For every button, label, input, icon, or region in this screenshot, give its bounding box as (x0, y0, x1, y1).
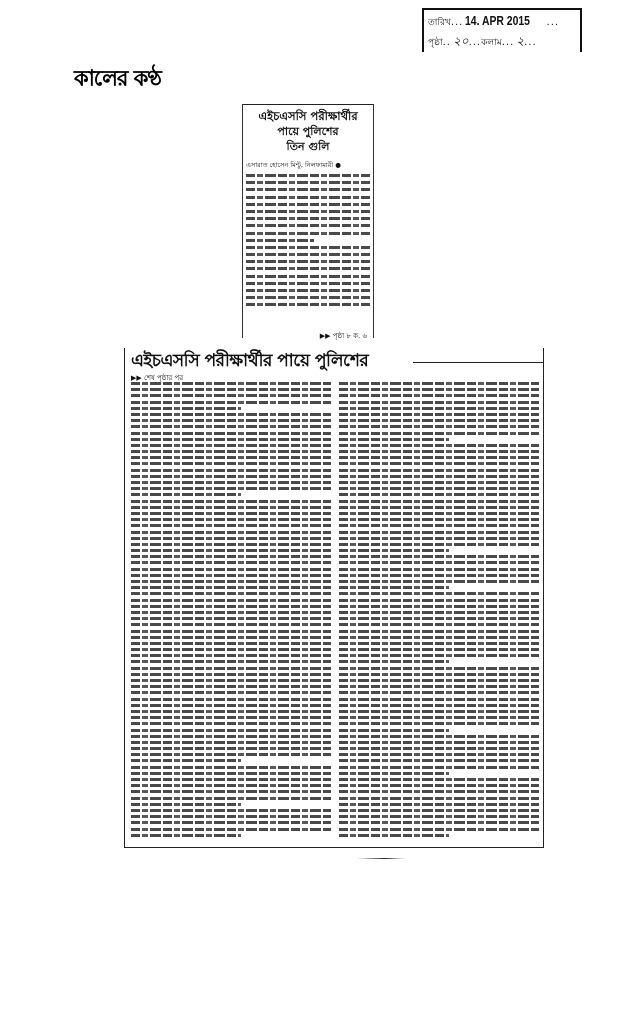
text-line (131, 691, 331, 694)
text-line (246, 275, 370, 278)
text-line (339, 444, 539, 447)
text-line (131, 543, 331, 546)
article-column-left (131, 382, 331, 840)
stamp-dots: ... (547, 17, 560, 28)
text-line (131, 456, 331, 459)
text-line (339, 438, 449, 441)
text-line (339, 667, 539, 670)
text-line (339, 834, 449, 837)
small-news-clipping: এইচএসসি পরীক্ষার্থীর পায়ে পুলিশের তিন গ… (242, 104, 374, 338)
stamp-dots: ... (469, 37, 482, 48)
text-line (131, 809, 331, 812)
text-line (131, 673, 331, 676)
stamp-page-value: ২০ (453, 33, 469, 53)
text-line (131, 667, 331, 670)
text-line (131, 636, 331, 639)
text-line (246, 282, 370, 285)
text-line (131, 797, 331, 800)
text-line (131, 611, 331, 614)
text-line (339, 611, 539, 614)
stamp-dots: ... (451, 17, 464, 28)
date-page-stamp: তারিখ ... 14. APR 2015 ... পৃষ্ঠা .. ২০ … (422, 8, 582, 52)
text-line (339, 741, 539, 744)
text-line (339, 518, 539, 521)
text-line (246, 246, 370, 249)
text-line (131, 401, 331, 404)
text-line (339, 673, 539, 676)
text-line (131, 413, 331, 416)
text-line (131, 784, 331, 787)
text-line (131, 438, 331, 441)
text-line (246, 210, 370, 213)
text-line (339, 487, 539, 490)
text-line (339, 475, 539, 478)
text-line (131, 537, 331, 540)
text-line (131, 493, 241, 496)
text-line (246, 181, 370, 184)
small-clipping-byline: এসারাত হোসেন মিন্টু, নিলফামারী ● (246, 160, 370, 171)
text-line (131, 561, 331, 564)
stamp-dots: .. (443, 37, 451, 48)
text-line (339, 809, 539, 812)
text-line (131, 531, 331, 534)
text-line (339, 778, 539, 781)
text-line (339, 654, 539, 657)
text-line (131, 549, 331, 552)
text-line (339, 561, 539, 564)
text-line (131, 834, 241, 837)
text-line (131, 444, 331, 447)
text-line (339, 382, 539, 385)
large-news-clipping: এইচএসসি পরীক্ষার্থীর পায়ে পুলিশের ▶▶ শে… (124, 348, 544, 848)
text-line (131, 648, 331, 651)
text-line (246, 224, 370, 227)
text-line (131, 394, 331, 397)
text-line (339, 660, 449, 663)
text-line (131, 475, 331, 478)
text-line (339, 797, 539, 800)
text-line (339, 413, 539, 416)
text-line (131, 716, 331, 719)
small-clipping-headline: এইচএসসি পরীক্ষার্থীর পায়ে পুলিশের তিন গ… (243, 104, 373, 154)
text-line (131, 605, 331, 608)
text-line (131, 729, 331, 732)
text-line (339, 679, 539, 682)
text-line (131, 574, 331, 577)
stamp-column-label: কলাম (481, 35, 502, 50)
text-line (131, 722, 331, 725)
text-line (131, 568, 331, 571)
text-line (131, 772, 331, 775)
text-line (131, 462, 331, 465)
text-line (131, 660, 331, 663)
text-line (339, 506, 539, 509)
text-line (339, 401, 539, 404)
text-line (131, 710, 331, 713)
text-line (131, 407, 241, 410)
text-line (131, 735, 331, 738)
text-line (131, 821, 331, 824)
text-line (131, 580, 331, 583)
text-line (131, 815, 331, 818)
text-line (131, 432, 331, 435)
headline-line: পায়ে পুলিশের (243, 124, 373, 139)
text-line (131, 586, 331, 589)
text-line (246, 232, 370, 235)
text-line (339, 722, 539, 725)
text-line (339, 469, 539, 472)
text-line (339, 784, 539, 787)
text-line (339, 580, 539, 583)
text-line (131, 599, 331, 602)
text-line (339, 419, 539, 422)
text-line (246, 260, 370, 263)
text-line (339, 623, 539, 626)
text-line (131, 481, 331, 484)
text-line (131, 617, 331, 620)
text-line (339, 592, 539, 595)
text-line (339, 512, 539, 515)
text-line (339, 537, 539, 540)
text-line (131, 759, 241, 762)
text-line (339, 828, 539, 831)
text-line (339, 685, 539, 688)
text-line (131, 704, 331, 707)
stamp-page-row: পৃষ্ঠা .. ২০ ... কলাম ... ২ ... (424, 30, 580, 53)
text-line (131, 500, 331, 503)
continued-on-page-note: ▶▶ পৃষ্ঠা ৮ ক. ৬ (320, 330, 367, 342)
text-line (131, 623, 331, 626)
text-line (339, 617, 539, 620)
text-line (131, 747, 331, 750)
text-line (246, 203, 370, 206)
text-line (246, 217, 370, 220)
text-line (339, 716, 539, 719)
text-line (246, 303, 370, 306)
text-line (339, 555, 539, 558)
text-line (246, 174, 370, 177)
text-line (339, 481, 539, 484)
text-line (246, 253, 370, 256)
text-line (131, 512, 331, 515)
headline-rule (413, 362, 543, 363)
text-line (339, 394, 539, 397)
text-line (339, 772, 449, 775)
headline-line: তিন গুলি (243, 139, 373, 154)
stamp-date-label: তারিখ (428, 15, 451, 30)
article-column-right (339, 382, 539, 840)
text-line (131, 518, 331, 521)
text-line (339, 821, 539, 824)
text-line (339, 586, 449, 589)
stamp-dots: ... (502, 37, 515, 48)
text-line (131, 469, 331, 472)
text-line (339, 636, 539, 639)
text-line (131, 685, 331, 688)
text-line (339, 407, 539, 410)
stamp-date-value: 14. APR 2015 (465, 13, 530, 28)
text-line (339, 450, 539, 453)
stamp-date-row: তারিখ ... 14. APR 2015 ... (424, 10, 580, 30)
text-line (339, 704, 539, 707)
text-line (246, 188, 370, 191)
text-line (339, 568, 539, 571)
newspaper-masthead: কালের কণ্ঠ (74, 61, 161, 98)
text-line (131, 741, 331, 744)
text-line (131, 425, 331, 428)
text-line (131, 778, 331, 781)
text-line (339, 630, 539, 633)
text-line (131, 555, 331, 558)
text-line (339, 524, 539, 527)
text-line (339, 691, 539, 694)
text-line (131, 524, 331, 527)
text-line (339, 766, 539, 769)
small-clipping-body: এসারাত হোসেন মিন্টু, নিলফামারী ● (243, 160, 373, 306)
text-line (131, 506, 331, 509)
text-line (339, 456, 539, 459)
text-line (131, 388, 331, 391)
text-line (339, 493, 539, 496)
text-line (339, 599, 539, 602)
torn-edge (124, 846, 544, 859)
text-line (339, 531, 539, 534)
stamp-column-value: ২ (516, 33, 524, 53)
text-line (131, 382, 331, 385)
text-line (339, 753, 539, 756)
text-line (339, 747, 539, 750)
headline-line: এইচএসসি পরীক্ষার্থীর (243, 109, 373, 124)
text-line (339, 388, 539, 391)
text-line (339, 648, 539, 651)
text-line (339, 425, 539, 428)
text-line (131, 630, 331, 633)
text-line (131, 419, 331, 422)
text-line (339, 642, 539, 645)
text-line (339, 462, 539, 465)
text-line (339, 698, 539, 701)
text-line (131, 698, 331, 701)
text-line (339, 605, 539, 608)
text-line (339, 500, 539, 503)
text-line (339, 729, 449, 732)
text-line (339, 432, 539, 435)
text-line (131, 803, 241, 806)
text-line (246, 267, 370, 270)
text-line (246, 296, 370, 299)
text-line (131, 642, 331, 645)
text-line (131, 450, 331, 453)
text-line (339, 815, 539, 818)
text-line (339, 574, 539, 577)
text-line (339, 790, 539, 793)
text-line (131, 790, 331, 793)
text-line (131, 679, 331, 682)
text-line (339, 710, 539, 713)
text-line (339, 735, 539, 738)
text-line (339, 549, 449, 552)
text-line (339, 803, 539, 806)
text-line (131, 766, 331, 769)
text-line (246, 196, 370, 199)
text-line (246, 289, 370, 292)
text-line (339, 759, 539, 762)
text-line (131, 487, 331, 490)
text-line (131, 753, 331, 756)
stamp-dots: ... (524, 37, 537, 48)
text-line (131, 592, 331, 595)
text-line (339, 543, 539, 546)
stamp-page-label: পৃষ্ঠা (428, 35, 443, 50)
text-line (131, 654, 331, 657)
text-line (246, 239, 314, 242)
text-line (131, 828, 331, 831)
